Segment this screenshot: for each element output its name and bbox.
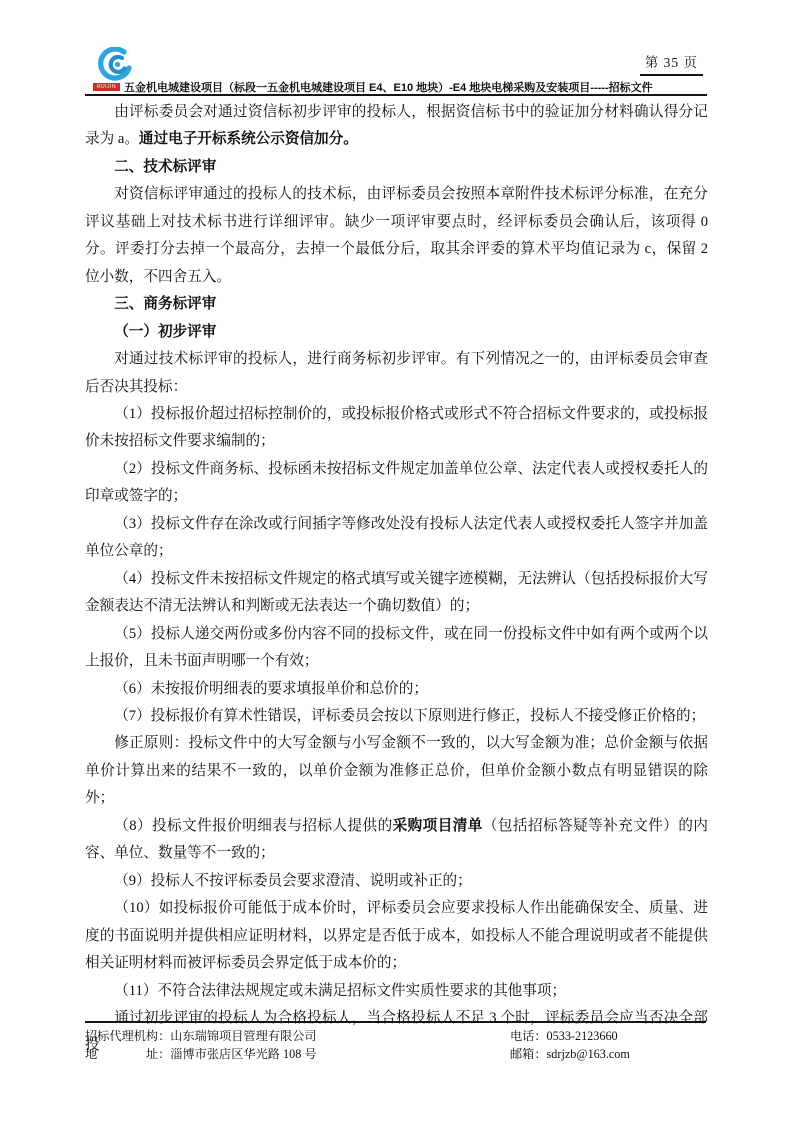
page-number: 第 35 页	[640, 51, 703, 76]
paragraph: （9）投标人不按评标委员会要求澄清、说明或补正的；	[85, 868, 708, 895]
text-segment: （4）投标文件未按招标文件规定的格式填写或关键字迹模糊，无法辨认（包括投标报价大…	[85, 571, 708, 614]
paragraph: （2）投标文件商务标、投标函未按招标文件规定加盖单位公章、法定代表人或授权委托人…	[85, 456, 708, 511]
bold-text-segment: 通过电子开标系统公示资信加分。	[139, 131, 358, 147]
paragraph: （6）未按报价明细表的要求填报单价和总价的；	[85, 676, 708, 703]
paragraph: （4）投标文件未按招标文件规定的格式填写或关键字迹模糊，无法辨认（包括投标报价大…	[85, 566, 708, 621]
paragraph: 修正原则：投标文件中的大写金额与小写金额不一致的，以大写金额为准；总价金额与依据…	[85, 730, 708, 812]
text-segment: （7）投标报价有算术性错误，评标委员会按以下原则进行修正，投标人不接受修正价格的…	[114, 708, 705, 724]
footer-row: 地 址：淄博市张店区华光路 108 号 邮箱：sdrjzb@163.com	[85, 1045, 706, 1063]
document-page: RUIJIN 五金机电城建设项目（标段一五金机电城建设项目 E4、E10 地块）…	[0, 0, 793, 1122]
text-segment: 对资信标评审通过的投标人的技术标，由评标委员会按照本章附件技术标评分标准，在充分…	[85, 186, 708, 284]
paragraph: （11）不符合法律法规规定或未满足招标文件实质性要求的其他事项；	[85, 978, 708, 1005]
paragraph: 由评标委员会对通过资信标初步评审的投标人，根据资信标书中的验证加分材料确认得分记…	[85, 99, 708, 154]
text-segment: （2）投标文件商务标、投标函未按招标文件规定加盖单位公章、法定代表人或授权委托人…	[85, 461, 708, 504]
text-segment: （8）投标文件报价明细表与招标人提供的	[114, 818, 392, 834]
document-footer: 招标代理机构：山东瑞锦项目管理有限公司 电话：0533-2123660 地 址：…	[85, 1021, 706, 1063]
text-segment: 对通过技术标评审的投标人，进行商务标初步评审。有下列情况之一的，由评标委员会审查…	[85, 351, 708, 394]
section-heading: 二、技术标评审	[85, 154, 708, 181]
text-segment: （3）投标文件存在涂改或行间插字等修改处没有投标人法定代表人或授权委托人签字并加…	[85, 516, 708, 559]
footer-agency: 招标代理机构：山东瑞锦项目管理有限公司	[85, 1027, 510, 1045]
text-segment: （10）如投标报价可能低于成本价时，评标委员会应要求投标人作出能确保安全、质量、…	[85, 900, 708, 971]
paragraph: （7）投标报价有算术性错误，评标委员会按以下原则进行修正，投标人不接受修正价格的…	[85, 703, 708, 730]
text-segment: （6）未按报价明细表的要求填报单价和总价的；	[114, 681, 428, 697]
bold-text-segment: 采购项目清单	[393, 818, 483, 834]
bold-text-segment: 三、商务标评审	[114, 296, 216, 312]
text-segment: （1）投标报价超过招标控制价的，或投标报价格式或形式不符合招标文件要求的，或投标…	[85, 406, 708, 449]
footer-email: 邮箱：sdrjzb@163.com	[510, 1045, 706, 1063]
header-rule	[85, 94, 707, 96]
footer-row: 招标代理机构：山东瑞锦项目管理有限公司 电话：0533-2123660	[85, 1027, 706, 1045]
document-body: 由评标委员会对通过资信标初步评审的投标人，根据资信标书中的验证加分材料确认得分记…	[85, 99, 708, 1060]
text-segment: （9）投标人不按评标委员会要求澄清、说明或补正的；	[114, 873, 472, 889]
document-header-title: 五金机电城建设项目（标段一五金机电城建设项目 E4、E10 地块）-E4 地块电…	[124, 79, 724, 95]
text-segment: 修正原则：投标文件中的大写金额与小写金额不一致的，以大写金额为准；总价金额与依据…	[85, 735, 708, 806]
section-heading: （一）初步评审	[85, 319, 708, 346]
paragraph: 对通过技术标评审的投标人，进行商务标初步评审。有下列情况之一的，由评标委员会审查…	[85, 346, 708, 401]
footer-address: 地 址：淄博市张店区华光路 108 号	[85, 1045, 510, 1063]
paragraph: （10）如投标报价可能低于成本价时，评标委员会应要求投标人作出能确保安全、质量、…	[85, 895, 708, 977]
paragraph: 对资信标评审通过的投标人的技术标，由评标委员会按照本章附件技术标评分标准，在充分…	[85, 181, 708, 291]
section-heading: 三、商务标评审	[85, 291, 708, 318]
paragraph: （5）投标人递交两份或多份内容不同的投标文件，或在同一份投标文件中如有两个或两个…	[85, 621, 708, 676]
bold-text-segment: （一）初步评审	[114, 324, 216, 340]
footer-phone: 电话：0533-2123660	[510, 1027, 706, 1045]
bold-text-segment: 二、技术标评审	[114, 159, 216, 175]
logo-tag: RUIJIN	[93, 83, 120, 91]
paragraph: （8）投标文件报价明细表与招标人提供的采购项目清单（包括招标答疑等补充文件）的内…	[85, 813, 708, 868]
paragraph: （1）投标报价超过招标控制价的，或投标报价格式或形式不符合招标文件要求的，或投标…	[85, 401, 708, 456]
text-segment: （11）不符合法律法规规定或未满足招标文件实质性要求的其他事项；	[114, 983, 566, 999]
paragraph: （3）投标文件存在涂改或行间插字等修改处没有投标人法定代表人或授权委托人签字并加…	[85, 511, 708, 566]
text-segment: （5）投标人递交两份或多份内容不同的投标文件，或在同一份投标文件中如有两个或两个…	[85, 626, 708, 669]
